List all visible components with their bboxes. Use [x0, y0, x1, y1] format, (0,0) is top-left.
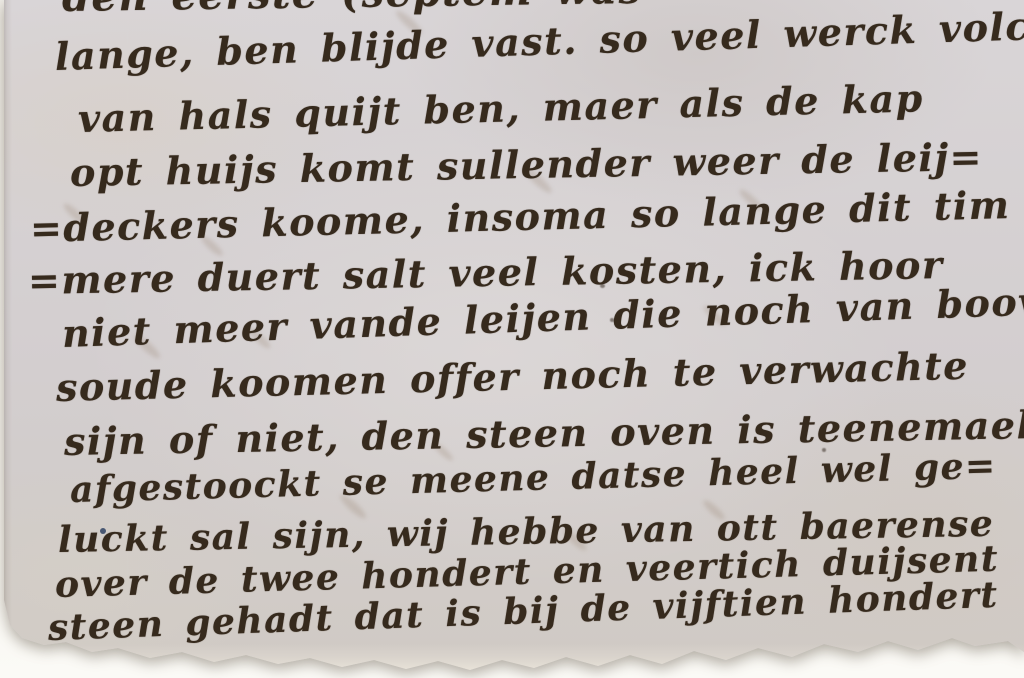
paper-left-edge [0, 0, 12, 678]
manuscript-line-3: van hals quijt ben, maer als de kap [77, 75, 924, 141]
manuscript-line-8: soude koomen offer noch te verwachte [55, 343, 969, 410]
scanned-letter-photo: den eerste (septem was lange, ben blijde… [0, 0, 1024, 678]
manuscript-page: den eerste (septem was lange, ben blijde… [0, 0, 1024, 678]
paper-shadow: den eerste (septem was lange, ben blijde… [0, 0, 1024, 678]
torn-bottom-edge [0, 644, 1024, 678]
